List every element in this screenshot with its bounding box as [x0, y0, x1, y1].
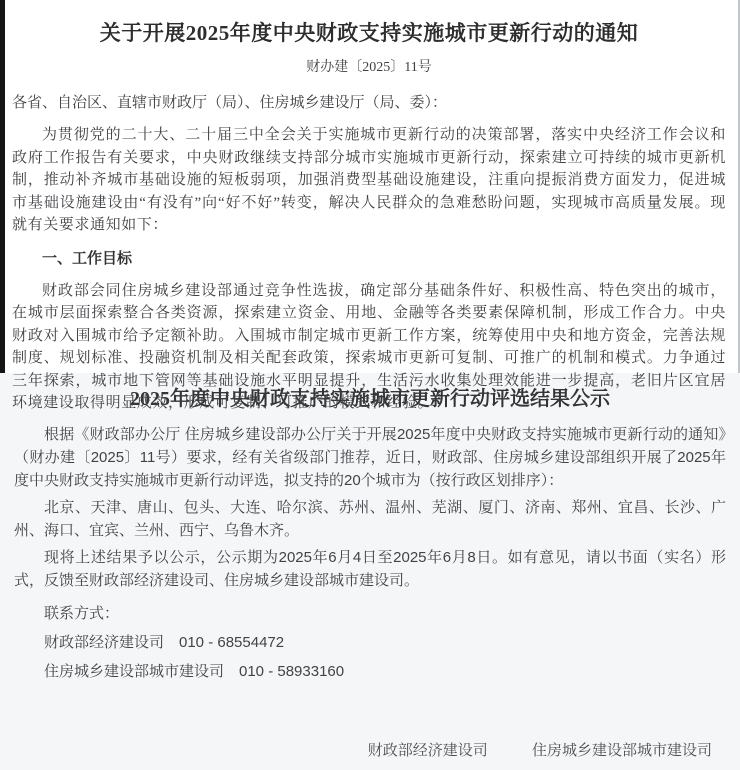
- left-black-strip: [0, 0, 5, 373]
- notice-paragraph-intro: 为贯彻党的二十大、二十届三中全会关于实施城市更新行动的决策部署，落实中央经济工作…: [12, 124, 726, 237]
- contact-finance-dept: 财政部经济建设司 010 - 68554472: [14, 631, 726, 654]
- notice-section-heading: 一、工作目标: [12, 248, 726, 270]
- notice-doc-number: 财办建〔2025〕11号: [12, 58, 726, 78]
- notice-title: 关于开展2025年度中央财政支持实施城市更新行动的通知: [12, 18, 726, 48]
- contact-housing-dept: 住房城乡建设部城市建设司 010 - 58933160: [14, 660, 726, 683]
- signature-finance-dept: 财政部经济建设司: [368, 742, 488, 759]
- signature-housing-dept: 住房城乡建设部城市建设司: [532, 742, 712, 759]
- announcement-paragraph-publicity: 现将上述结果予以公示，公示期为2025年6月4日至2025年6月8日。如有意见，…: [14, 546, 726, 592]
- contact-heading: 联系方式：: [14, 602, 726, 625]
- signature-line: 财政部经济建设司 住房城乡建设部城市建设司: [14, 739, 726, 762]
- announcement-document: 2025年度中央财政支持实施城市更新行动评选结果公示 根据《财政部办公厅 住房城…: [0, 373, 740, 770]
- notice-section-body: 财政部会同住房城乡建设部通过竞争性选拔，确定部分基础条件好、积极性高、特色突出的…: [12, 280, 726, 415]
- announcement-cities-list: 北京、天津、唐山、包头、大连、哈尔滨、苏州、温州、芜湖、厦门、济南、郑州、宜昌、…: [14, 496, 726, 542]
- notice-recipient: 各省、自治区、直辖市财政厅（局）、住房城乡建设厅（局、委）：: [12, 92, 726, 114]
- notice-document: 关于开展2025年度中央财政支持实施城市更新行动的通知 财办建〔2025〕11号…: [0, 0, 740, 373]
- announcement-paragraph-basis: 根据《财政部办公厅 住房城乡建设部办公厅关于开展2025年度中央财政支持实施城市…: [14, 423, 726, 492]
